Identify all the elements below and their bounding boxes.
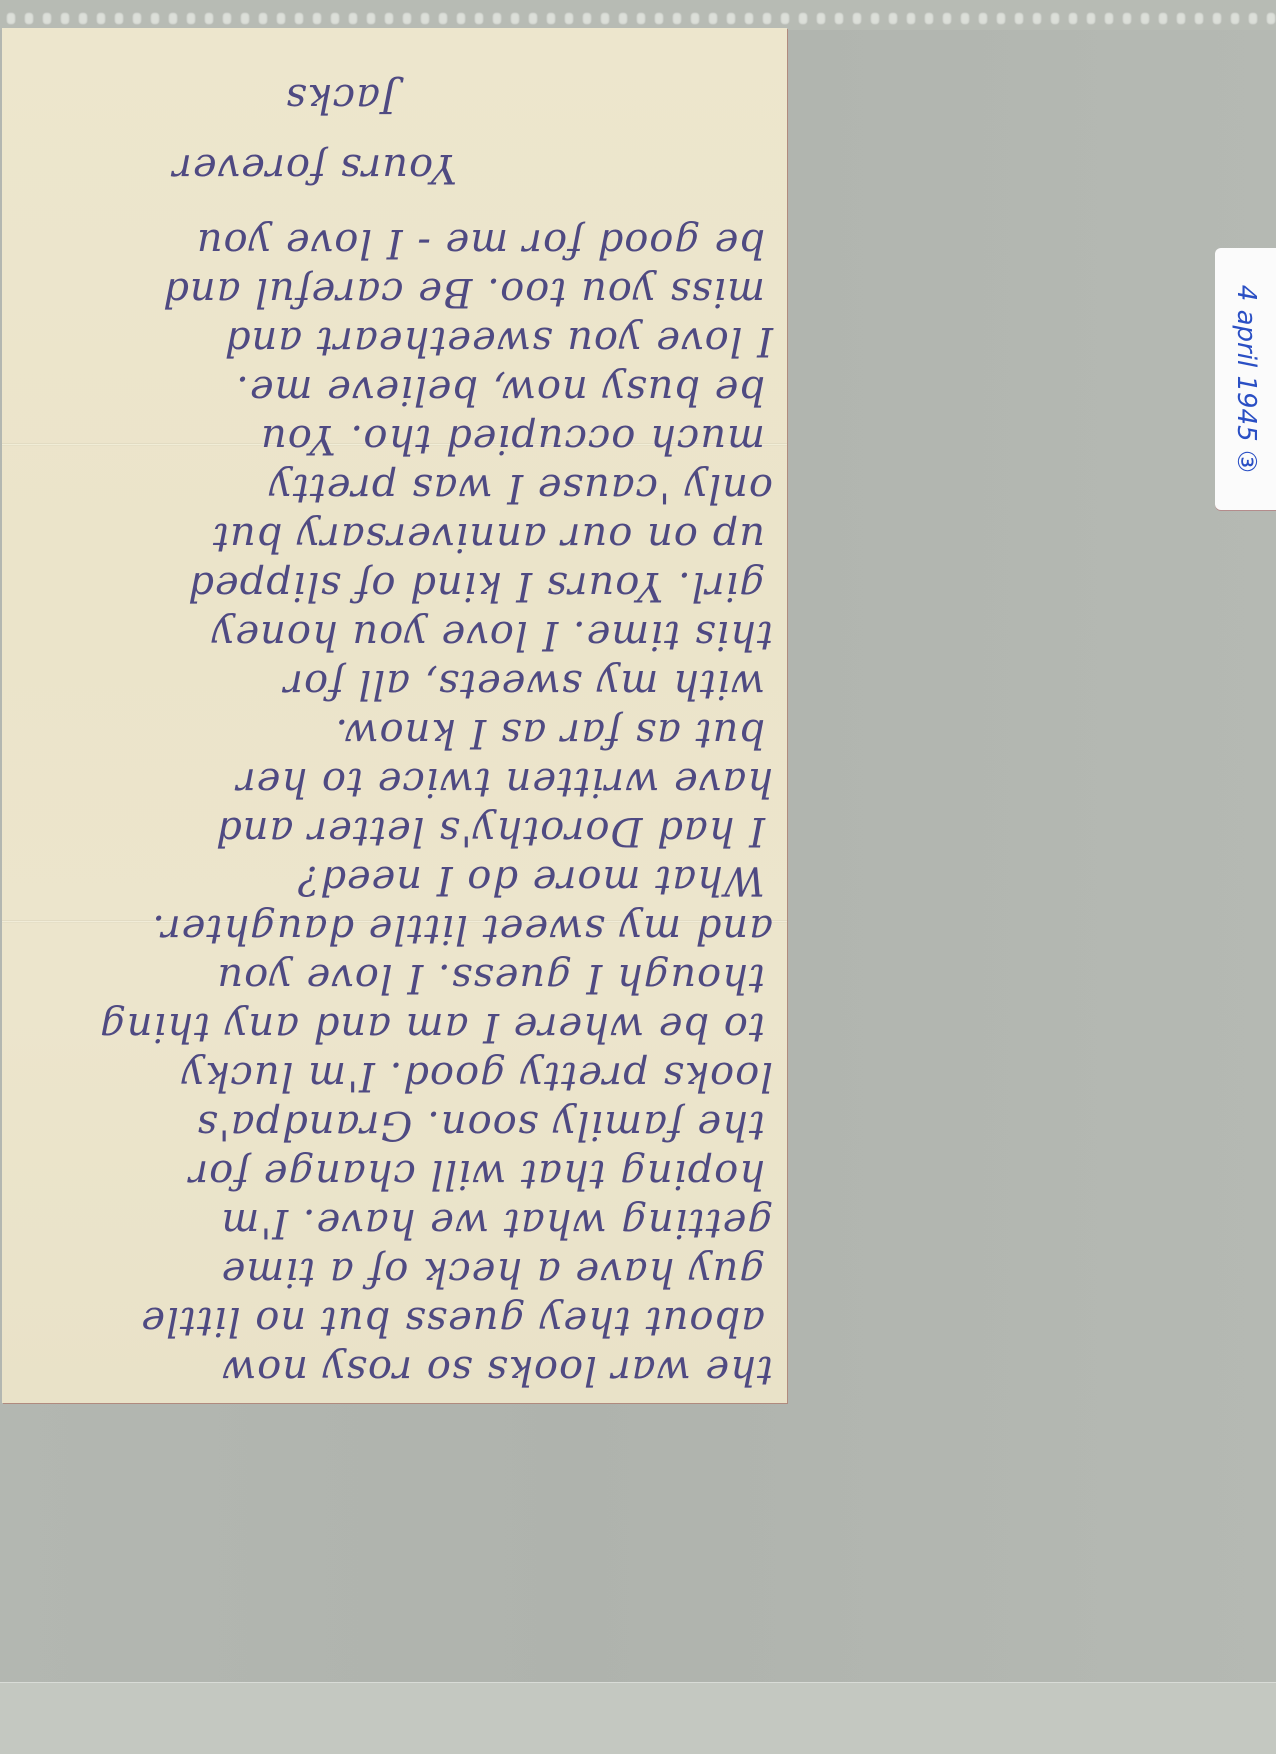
perforation-hole <box>654 12 664 25</box>
perforation-hole <box>942 12 952 25</box>
perforation-hole <box>816 12 826 25</box>
perforation-hole <box>996 12 1006 25</box>
letter-line: the war looks so rosy now <box>221 1347 773 1393</box>
perforation-hole <box>474 12 484 25</box>
letter-line: looks pretty good. I'm lucky <box>181 1053 773 1099</box>
perforation-hole <box>690 12 700 25</box>
perforation-hole <box>618 12 628 25</box>
letter-text-rotated: the war looks so rosy nowabout they gues… <box>2 28 787 1403</box>
letter-line: guy have a heck of a time <box>221 1249 765 1295</box>
perforation-hole <box>528 12 538 25</box>
perforation-hole <box>1212 12 1222 25</box>
perforation-hole <box>420 12 430 25</box>
perforation-hole <box>258 12 268 25</box>
perforation-hole <box>204 12 214 25</box>
letter-line: I love you sweetheart and <box>224 318 773 364</box>
perforation-hole <box>276 12 286 25</box>
letter-line: the family soon. Grandpa's <box>196 1102 765 1148</box>
perforation-hole <box>888 12 898 25</box>
perforation-hole <box>780 12 790 25</box>
perforation-hole <box>1194 12 1204 25</box>
perforation-hole <box>402 12 412 25</box>
perforation-hole <box>312 12 322 25</box>
perforation-hole <box>762 12 772 25</box>
perforation-hole <box>564 12 574 25</box>
perforation-hole <box>852 12 862 25</box>
perforation-hole <box>24 12 34 25</box>
sleeve-perforation-strip <box>0 0 1276 30</box>
letter-page: the war looks so rosy nowabout they gues… <box>2 28 787 1403</box>
perforation-hole <box>78 12 88 25</box>
perforation-hole <box>186 12 196 25</box>
perforation-hole <box>1176 12 1186 25</box>
letter-signature: Jacks <box>285 75 397 121</box>
letter-line: much occupied tho. You <box>260 416 765 462</box>
perforation-hole <box>708 12 718 25</box>
perforation-hole <box>366 12 376 25</box>
perforation-hole <box>798 12 808 25</box>
letter-line: this time. I love you honey <box>211 612 773 658</box>
perforation-hole <box>1050 12 1060 25</box>
perforation-hole <box>492 12 502 25</box>
sleeve-bottom-edge <box>0 1682 1276 1754</box>
letter-line: to be where I am and any thing <box>99 1004 765 1050</box>
letter-line: and my sweet little daughter. <box>151 906 773 952</box>
perforation-hole <box>1140 12 1150 25</box>
perforation-hole <box>1230 12 1240 25</box>
perforation-hole <box>636 12 646 25</box>
perforation-hole <box>60 12 70 25</box>
perforation-hole <box>1086 12 1096 25</box>
perforation-hole <box>240 12 250 25</box>
letter-line: I had Dorothy's letter and <box>215 808 765 854</box>
perforation-hole <box>132 12 142 25</box>
letter-line: up on our anniversary but <box>212 514 765 560</box>
letter-closing: Yours forever <box>172 145 457 191</box>
date-label-card: 4 april 1945 ③ <box>1215 248 1276 510</box>
perforation-hole <box>1266 12 1276 25</box>
perforation-hole <box>906 12 916 25</box>
perforation-hole <box>582 12 592 25</box>
date-label-text: 4 april 1945 ③ <box>1231 285 1261 473</box>
letter-line: though I guess. I love you <box>216 955 765 1001</box>
perforation-hole <box>1248 12 1258 25</box>
perforation-hole <box>42 12 52 25</box>
perforation-hole <box>510 12 520 25</box>
letter-line: getting what we have. I'm <box>220 1200 773 1246</box>
letter-line: only 'cause I was pretty <box>268 465 773 511</box>
perforation-hole <box>222 12 232 25</box>
letter-line: hoping that will change for <box>188 1151 765 1197</box>
perforation-hole <box>456 12 466 25</box>
perforation-hole <box>348 12 358 25</box>
perforation-hole <box>6 12 16 25</box>
perforation-hole <box>168 12 178 25</box>
perforation-hole <box>546 12 556 25</box>
perforation-hole <box>438 12 448 25</box>
perforation-hole <box>1122 12 1132 25</box>
perforation-hole <box>1014 12 1024 25</box>
letter-line: but as far as I know. <box>334 710 765 756</box>
perforation-hole <box>834 12 844 25</box>
perforation-hole <box>294 12 304 25</box>
perforation-hole <box>150 12 160 25</box>
letter-line: miss you too. Be careful and <box>162 269 765 315</box>
perforation-hole <box>726 12 736 25</box>
letter-line: about they guess but no little <box>140 1298 765 1344</box>
letter-line: with my sweets, all for <box>283 661 765 707</box>
letter-line: be busy now, believe me. <box>235 367 765 413</box>
perforation-hole <box>330 12 340 25</box>
perforation-hole <box>96 12 106 25</box>
perforation-hole <box>114 12 124 25</box>
perforation-hole <box>960 12 970 25</box>
perforation-hole <box>924 12 934 25</box>
perforation-hole <box>1104 12 1114 25</box>
perforation-hole <box>870 12 880 25</box>
perforation-hole <box>978 12 988 25</box>
perforation-hole <box>1068 12 1078 25</box>
letter-line: What more do I need? <box>297 857 765 903</box>
letter-line: girl. Yours I kind of slipped <box>187 563 765 609</box>
perforation-hole <box>384 12 394 25</box>
letter-line: have written twice to her <box>236 759 773 805</box>
perforation-hole <box>672 12 682 25</box>
letter-line: be good for me - I love you <box>196 220 765 266</box>
perforation-hole <box>1032 12 1042 25</box>
perforation-hole <box>1158 12 1168 25</box>
perforation-hole <box>600 12 610 25</box>
perforation-hole <box>744 12 754 25</box>
